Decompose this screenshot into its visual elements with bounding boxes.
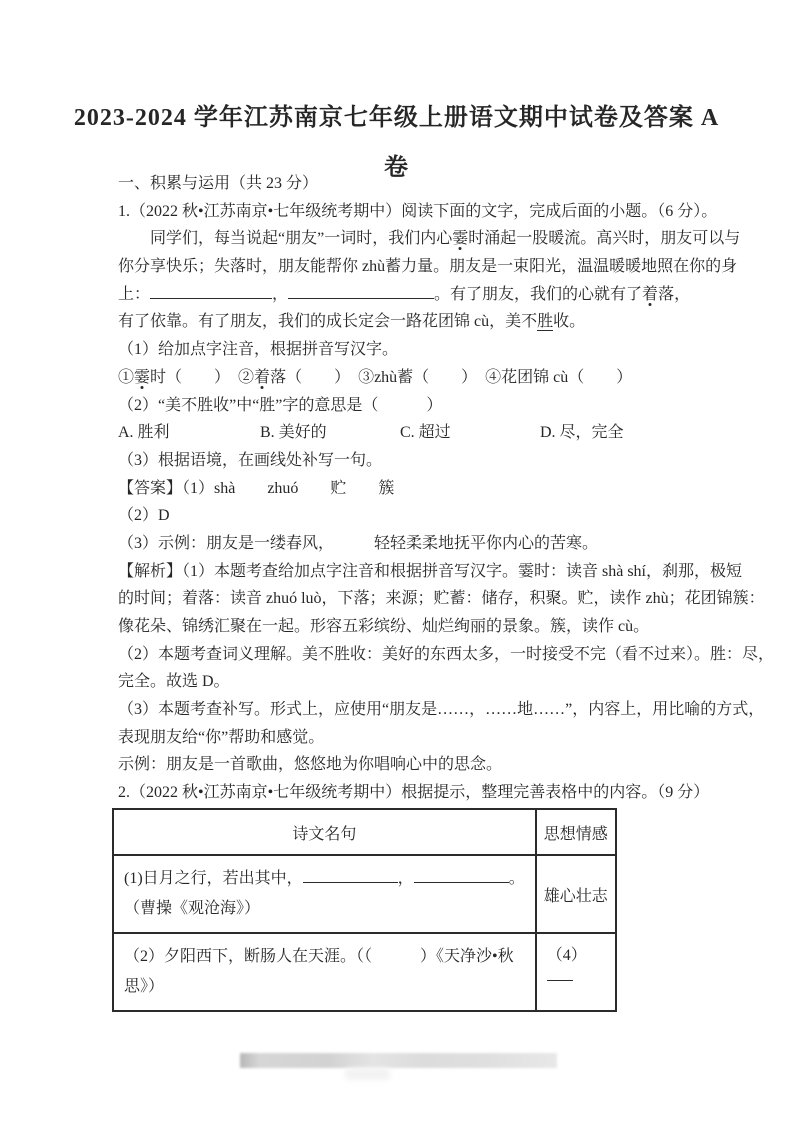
emphasis-dot-char: 着 (642, 286, 658, 303)
q1-answer-line1: 【答案】（1）shà zhuó 贮 簇 (118, 475, 680, 503)
option-d: D. 尽，完全 (540, 419, 624, 447)
q1-analysis-line5: 完全。故选 D。 (118, 668, 680, 696)
q1-answer-line2: （2）D (118, 502, 680, 530)
q1-passage-line2: 你分享快乐；失落时，朋友能帮你 zhù蓄力量。朋友是一束阳光，温温暖暖地照在你的… (118, 253, 680, 281)
emotion-cell-1: 雄心壮志 (536, 855, 616, 933)
pinyin-item-text: 落（ ） ③zhù蓄（ ） ④花团锦 cù（ ） (270, 369, 632, 386)
poem-text: (1)日月之行，若出其中， (124, 870, 303, 887)
q1-options-row: A. 胜利B. 美好的C. 超过D. 尽，完全 (118, 419, 680, 447)
watermark-smudge (240, 1053, 557, 1068)
q2-stem: 2.（2022 秋•江苏南京•七年级统考期中）根据提示，整理完善表格中的内容。（… (118, 779, 680, 807)
q1-passage-line4: 有了依靠。有了朋友，我们的成长定会一路花团锦 cù，美不胜收。 (118, 308, 680, 336)
underlined-char: 胜 (537, 313, 553, 331)
emotion-label: （4） (547, 947, 587, 964)
exam-document-page: 2023-2024 学年江苏南京七年级上册语文期中试卷及答案 A 卷 一、积累与… (0, 0, 793, 1122)
q1-analysis-line6: （3）本题考查补写。形式上，应使用“朋友是……，……地……”，内容上，用比喻的方… (118, 696, 680, 724)
poem-source: （曹操《观沧海》） (124, 894, 525, 924)
document-body: 一、积累与运用（共 23 分） 1.（2022 秋•江苏南京•七年级统考期中）阅… (118, 170, 680, 807)
emphasis-dot-char: 霎 (452, 230, 468, 247)
table-row: (1)日月之行，若出其中，，。 （曹操《观沧海》） 雄心壮志 (113, 855, 616, 933)
fill-in-blank-line (414, 867, 509, 883)
col-header-emotion: 思想情感 (536, 809, 616, 855)
option-c: C. 超过 (400, 419, 540, 447)
emotion-cell-2: （4） (536, 933, 616, 1011)
q1-analysis-line7: 表现朋友给“你”帮助和感觉。 (118, 724, 680, 752)
q1-sub1: （1）给加点字注音，根据拼音写汉字。 (118, 336, 680, 364)
table-row: （2）夕阳西下，断肠人在天涯。（（ ）《天净沙•秋 思》） （4） (113, 933, 616, 1011)
pinyin-item-text: 时（ ） ② (150, 369, 254, 386)
passage-text: 时涌起一股暖流。高兴时，朋友可以与 (468, 230, 740, 247)
passage-text: 同学们，每当说起“朋友”一词时，我们内心 (150, 230, 452, 247)
poem-cell-1: (1)日月之行，若出其中，，。 （曹操《观沧海》） (113, 855, 536, 933)
passage-text: ， (272, 286, 288, 303)
q1-answer-line3: （3）示例：朋友是一缕春风， 轻轻柔柔地抚平你内心的苦寒。 (118, 530, 680, 558)
passage-text: 落， (658, 286, 690, 303)
q1-sub2: （2）“美不胜收”中“胜”字的意思是（ ） (118, 392, 680, 420)
q1-analysis-line1: 【解析】（1）本题考查给加点字注音和根据拼音写汉字。霎时：读音 shà shí，… (118, 558, 680, 586)
q1-pinyin-items: ①霎时（ ） ②着落（ ） ③zhù蓄（ ） ④花团锦 cù（ ） (118, 364, 680, 392)
q1-stem: 1.（2022 秋•江苏南京•七年级统考期中）阅读下面的文字，完成后面的小题。（… (118, 198, 680, 226)
poem-cell-2: （2）夕阳西下，断肠人在天涯。（（ ）《天净沙•秋 思》） (113, 933, 536, 1011)
q1-passage-line3: 上：，。有了朋友，我们的心就有了着落， (118, 281, 680, 309)
fill-in-blank-line (288, 283, 434, 299)
q1-sub3: （3）根据语境，在画线处补写一句。 (118, 447, 680, 475)
poem-text: ， (398, 870, 414, 887)
q1-analysis-line4: （2）本题考查词义理解。美不胜收：美好的东西太多，一时接受不完（看不过来）。胜：… (118, 641, 680, 669)
q1-analysis-line8: 示例：朋友是一首歌曲，悠悠地为你唱响心中的思念。 (118, 751, 680, 779)
q2-table: 诗文名句 思想情感 (1)日月之行，若出其中，，。 （曹操《观沧海》） 雄心壮志… (112, 808, 617, 1012)
poem-line: 思》） (124, 972, 525, 1002)
poem-line: (1)日月之行，若出其中，，。 (124, 864, 525, 894)
passage-text: 有了依靠。有了朋友，我们的成长定会一路花团锦 cù，美不 (118, 313, 537, 330)
option-b: B. 美好的 (260, 419, 400, 447)
passage-text: 。有了朋友，我们的心就有了 (434, 286, 642, 303)
q1-analysis-line2: 的时间；着落：读音 zhuó luò，下落；来源；贮蓄：储存，积聚。贮，读作 z… (118, 585, 680, 613)
title-line-1: 2023-2024 学年江苏南京七年级上册语文期中试卷及答案 A (0, 93, 793, 143)
col-header-poem: 诗文名句 (113, 809, 536, 855)
table-header-row: 诗文名句 思想情感 (113, 809, 616, 855)
pinyin-item-text: ① (118, 369, 134, 386)
fill-in-blank-line (150, 283, 272, 299)
fill-in-blank-line (303, 867, 398, 883)
poem-line: （2）夕阳西下，断肠人在天涯。（（ ）《天净沙•秋 (124, 942, 525, 972)
passage-text: 收。 (553, 313, 585, 330)
passage-text: 上： (118, 286, 150, 303)
section-heading: 一、积累与运用（共 23 分） (118, 170, 680, 198)
fill-in-blank-line (547, 965, 573, 981)
poem-text: 。 (509, 870, 525, 887)
emphasis-dot-char: 着 (254, 369, 270, 386)
q1-passage-line1: 同学们，每当说起“朋友”一词时，我们内心霎时涌起一股暖流。高兴时，朋友可以与 (118, 225, 680, 253)
emphasis-dot-char: 霎 (134, 369, 150, 386)
watermark-smudge-faint (345, 1068, 390, 1080)
option-a: A. 胜利 (118, 419, 260, 447)
q1-analysis-line3: 像花朵、锦绣汇聚在一起。形容五彩缤纷、灿烂绚丽的景象。簇，读作 cù。 (118, 613, 680, 641)
